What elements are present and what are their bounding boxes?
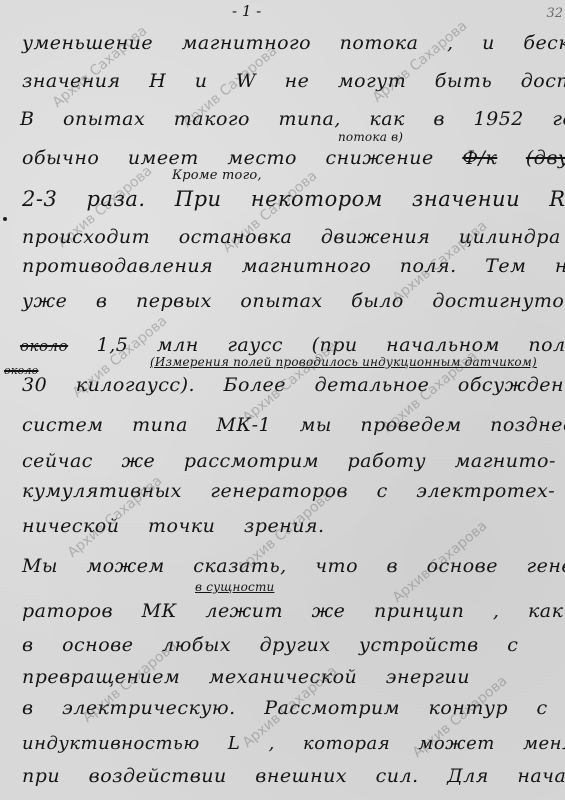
insertion-text: (Измерения полей проводилось индукционны…: [150, 355, 537, 369]
text-line: около 1,5 млн гаусс (при начальном поле: [20, 334, 565, 356]
text-line: уменьшение магнитного потока , и бесконе…: [22, 32, 565, 54]
text-line: значения H и W не могут быть достигнуты.: [22, 70, 565, 92]
margin-mark: [3, 217, 7, 221]
text-line: сейчас же рассмотрим работу магнито-: [22, 450, 556, 472]
text-line: кумулятивных генераторов с электротех-: [22, 480, 555, 502]
text-line: превращением механической энергии: [22, 666, 470, 688]
text-line: В опытах такого типа, как в 1952 году,: [20, 108, 565, 130]
folio-number: 32: [546, 6, 563, 21]
struck-text: (двукратное: [526, 147, 565, 169]
insertion-text: Кроме того,: [172, 168, 262, 183]
text-line: обычно имеет место снижение Ф/к (двукрат…: [22, 147, 565, 169]
insertion-text: в сущности: [195, 580, 274, 594]
text-line: в электрическую. Рассмотрим контур с: [22, 697, 548, 719]
text-line: Мы можем сказать, что в основе гене-: [22, 555, 565, 577]
manuscript-page: Архив Сахарова Архив Сахарова Архив Саха…: [0, 0, 565, 800]
text-line-content: 1,5 млн гаусс (при начальном поле: [97, 334, 565, 356]
text-line: в основе любых других устройств с: [22, 634, 518, 656]
text-line: происходит остановка движения цилиндра и…: [22, 226, 565, 248]
text-line: 30 килогаусс). Более детальное обсуждени…: [22, 374, 565, 396]
text-line: систем типа МК-1 мы проведем позднее,: [22, 414, 565, 436]
text-line: при воздействии внешних сил. Для начала: [22, 765, 565, 787]
text-line: раторов МК лежит же принцип , как и: [22, 600, 565, 622]
text-line: 2-3 раза. При некотором значении R: [22, 187, 565, 211]
struck-text: около: [20, 337, 68, 355]
text-line-content: обычно имеет место снижение: [22, 147, 434, 169]
page-marker: - 1 -: [232, 2, 261, 20]
text-line: индуктивностью L , которая может менятьс…: [22, 733, 565, 754]
text-line: уже в первых опытах было достигнуто поле: [22, 290, 565, 312]
struck-text: Ф/к: [462, 147, 497, 169]
insertion-text: потока в): [338, 130, 403, 144]
text-line: противодавления магнитного поля. Тем не …: [22, 255, 565, 277]
text-line: нической точки зрения.: [22, 515, 325, 537]
